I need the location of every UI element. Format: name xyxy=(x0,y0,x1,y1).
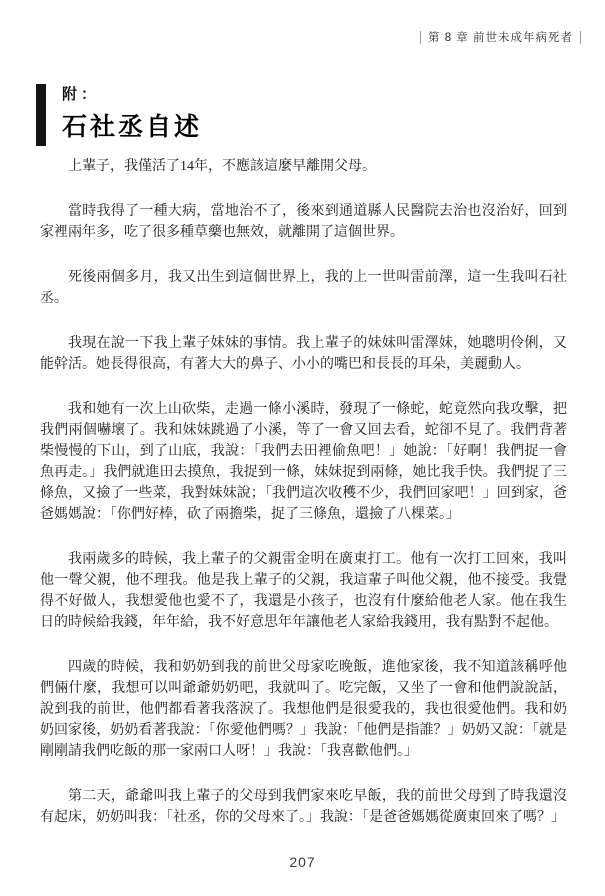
page-number: 207 xyxy=(0,854,605,870)
body-paragraph: 我和她有一次上山砍柴，走過一條小溪時，發現了一條蛇，蛇竟然向我攻擊，把我們兩個嚇… xyxy=(40,399,567,525)
title-kicker: 附： xyxy=(62,85,202,105)
title-block: 附： 石社丞自述 xyxy=(36,84,202,146)
separator-bar-icon xyxy=(420,31,421,44)
page-title: 石社丞自述 xyxy=(62,111,202,144)
body-text: 上輩子，我僅活了14年，不應該這麼早離開父母。 當時我得了一種大病，當地治不了，… xyxy=(40,156,567,852)
separator-bar-icon xyxy=(580,31,581,44)
running-head: 第 8 章 前世未成年病死者 xyxy=(420,29,581,45)
body-paragraph: 當時我得了一種大病，當地治不了，後來到通道縣人民醫院去治也沒治好，回到家裡兩年多… xyxy=(40,201,567,243)
chapter-label: 第 8 章 前世未成年病死者 xyxy=(428,29,573,45)
body-paragraph: 第二天，爺爺叫我上輩子的父母到我們家來吃早飯，我的前世父母到了時我還沒有起床，奶… xyxy=(40,786,567,828)
title-texts: 附： 石社丞自述 xyxy=(62,84,202,146)
body-paragraph: 死後兩個多月，我又出生到這個世界上，我的上一世叫雷前澤，這一生我叫石社丞。 xyxy=(40,267,567,309)
title-accent-bar xyxy=(36,84,46,146)
body-paragraph: 我兩歲多的時候，我上輩子的父親雷金明在廣東打工。他有一次打工回來，我叫他一聲父親… xyxy=(40,549,567,633)
body-paragraph: 四歲的時候，我和奶奶到我的前世父母家吃晚飯，進他家後，我不知道該稱呼他們倆什麼，… xyxy=(40,657,567,762)
book-page: 第 8 章 前世未成年病死者 附： 石社丞自述 上輩子，我僅活了14年，不應該這… xyxy=(0,0,605,896)
body-paragraph: 我現在說一下我上輩子妹妹的事情。我上輩子的妹妹叫雷澤妹，她聰明伶俐，又能幹活。她… xyxy=(40,333,567,375)
body-paragraph: 上輩子，我僅活了14年，不應該這麼早離開父母。 xyxy=(40,156,567,177)
